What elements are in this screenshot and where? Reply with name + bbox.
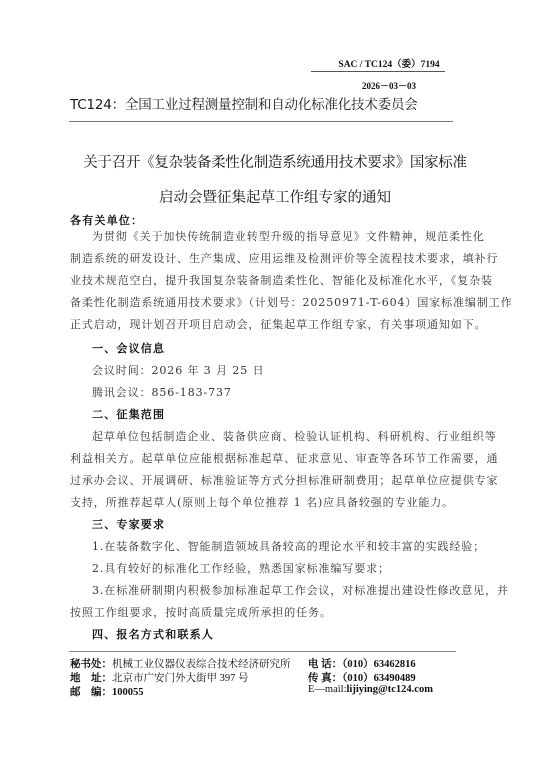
address-label: 地 址：	[70, 673, 112, 684]
section-heading-registration: 四、报名方式和联系人	[92, 626, 214, 642]
footer-fax: 传 真：（010）63490489	[308, 670, 416, 685]
meeting-time: 会议时间：2026 年 3 月 25 日	[92, 362, 264, 378]
scope-line: 支持，所推荐起草人(原则上每个单位推荐 1 名)应具备较强的专业能力。	[70, 494, 454, 510]
fax-label: 传 真：	[308, 673, 342, 684]
phone-label: 电 话：	[308, 659, 342, 670]
section-heading-meeting-info: 一、会议信息	[92, 340, 165, 356]
notice-title-line2: 启动会暨征集起草工作组专家的通知	[60, 186, 490, 207]
header-divider	[311, 71, 445, 72]
section-heading-scope: 二、征集范围	[92, 406, 165, 422]
requirement-item-continued: 按照工作组要求，按时高质量完成所承担的任务。	[70, 604, 332, 620]
requirement-item: 3.在标准研制期内积极参加标准起草工作会议，对标准提出建设性修改意见，并	[92, 582, 509, 598]
phone-value: （010）63462816	[342, 659, 416, 670]
footer-address: 地 址：北京市广安门外大街甲 397 号	[70, 670, 249, 685]
intro-line: 正式启动，现计划召开项目启动会，征集起草工作组专家，有关事项通知如下。	[70, 316, 487, 332]
secretariat-label: 秘书处：	[70, 659, 112, 670]
notice-title-line1: 关于召开《复杂装备柔性化制造系统通用技术要求》国家标准	[60, 151, 490, 172]
email-label: E—mail:	[308, 684, 347, 695]
footer-divider	[69, 651, 456, 652]
requirement-item: 1.在装备数字化、智能制造领域具备较高的理论水平和较丰富的实践经验；	[92, 538, 485, 554]
intro-line: 业技术规范空白，提升我国复杂装备制造柔性化、智能化及标准化水平，《复杂装	[70, 272, 493, 288]
fax-value: （010）63490489	[342, 673, 416, 684]
intro-line: 制造系统的研发设计、生产集成、应用运维及检测评价等全流程技术要求，填补行	[70, 250, 498, 266]
postcode-label: 邮 编：	[70, 687, 112, 698]
email-link[interactable]: lijiying@tc124.com	[347, 684, 433, 695]
intro-line: 为贯彻《关于加快传统制造业转型升级的指导意见》文件精神，规范柔性化	[92, 228, 485, 244]
scope-line: 过承办会议、开展调研、标准验证等方式分担标准研制费用；起草单位应提供专家	[70, 472, 498, 488]
tencent-meeting-id: 腾讯会议：856-183-737	[92, 384, 232, 400]
scope-line: 起草单位包括制造企业、装备供应商、检验认证机构、科研机构、行业组织等	[92, 428, 497, 444]
address-value: 北京市广安门外大街甲 397 号	[112, 673, 249, 684]
document-number: SAC / TC124（委）7194	[332, 56, 446, 70]
secretariat-value: 机械工业仪器仪表综合技术经济研究所	[112, 659, 291, 670]
organization-name: TC124：全国工业过程测量控制和自动化标准化技术委员会	[70, 93, 418, 113]
postcode-value: 100055	[112, 687, 144, 698]
intro-line: 备柔性化制造系统通用技术要求》（计划号：20250971-T-604）国家标准编…	[70, 294, 513, 310]
footer-email: E—mail:lijiying@tc124.com	[308, 684, 433, 695]
organization-divider	[69, 121, 453, 122]
salutation: 各有关单位：	[70, 212, 143, 228]
requirement-item: 2.具有较好的标准化工作经验，熟悉国家标准编写要求；	[92, 560, 390, 576]
footer-phone: 电 话：（010）63462816	[308, 656, 416, 671]
footer-postcode: 邮 编：100055	[70, 684, 144, 699]
footer-secretariat: 秘书处：机械工业仪器仪表综合技术经济研究所	[70, 656, 291, 671]
section-heading-expert-requirements: 三、专家要求	[92, 516, 165, 532]
document-date: 2026－03－03	[332, 79, 446, 92]
scope-line: 利益相关方。起草单位应能根据标准起草、征求意见、审查等各环节工作需要，通	[70, 450, 498, 466]
